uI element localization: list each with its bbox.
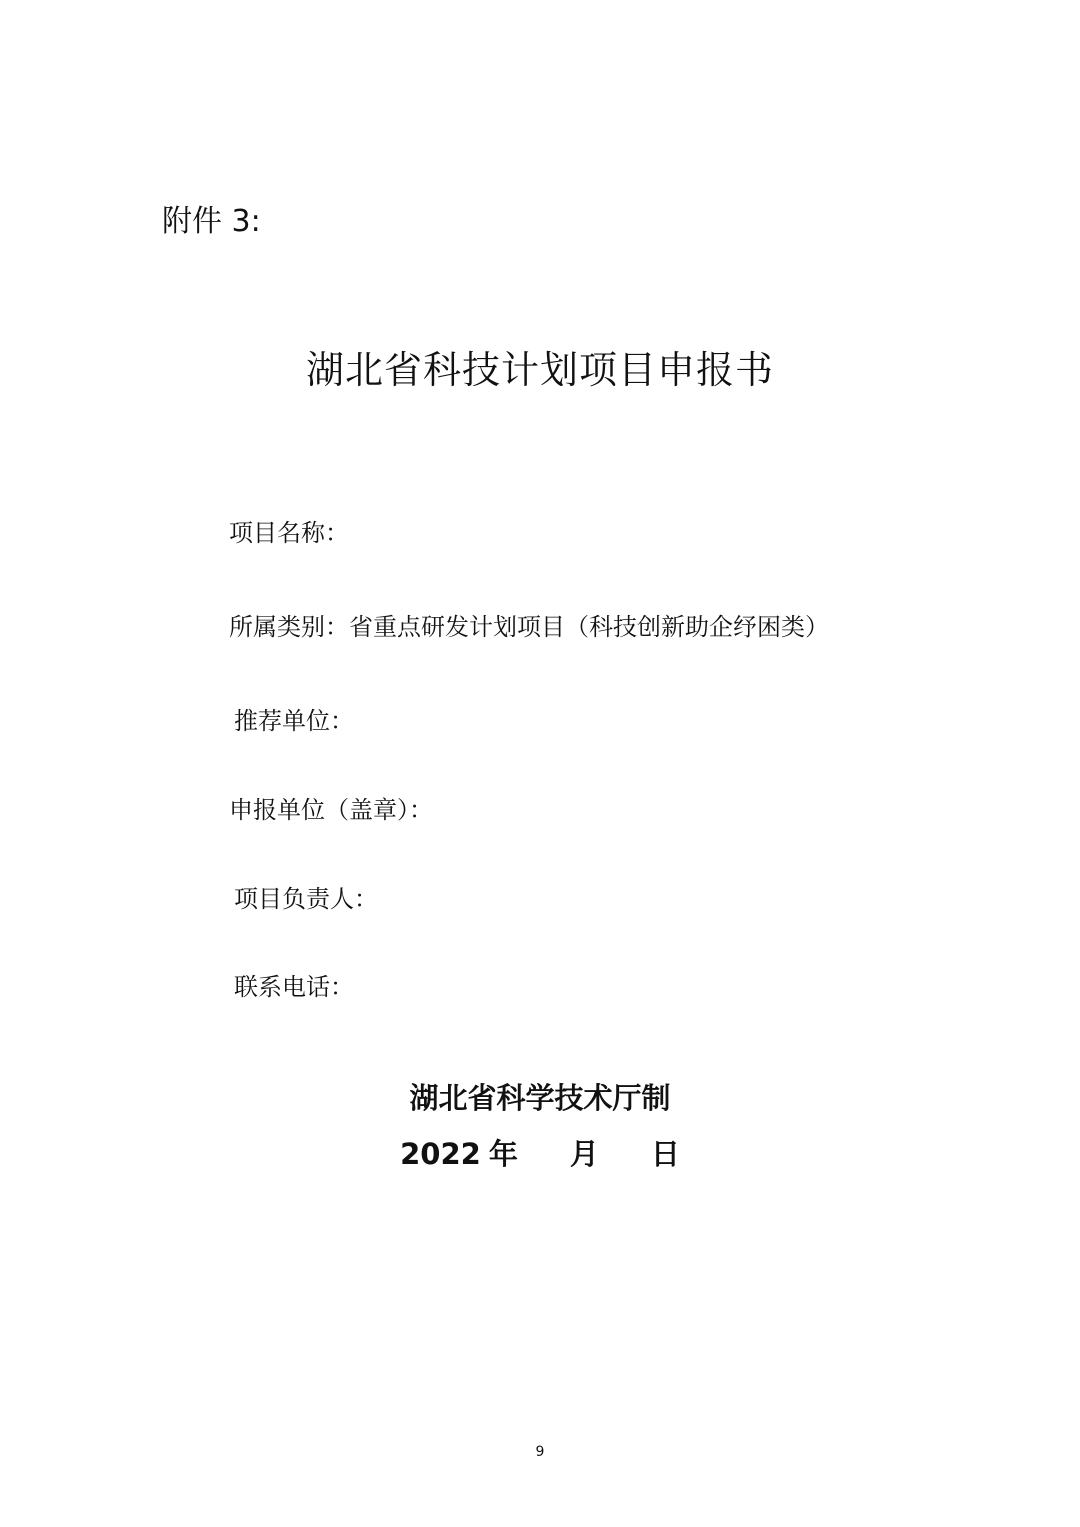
field-project-leader: 项目负责人：	[234, 882, 378, 916]
field-contact-phone: 联系电话：	[234, 970, 354, 1004]
field-project-name: 项目名称：	[229, 516, 349, 550]
date-year-unit: 年	[489, 1134, 518, 1174]
date-month-unit: 月	[570, 1134, 599, 1174]
field-value: 省重点研发计划项目（科技创新助企纾困类）	[349, 613, 829, 641]
date-year: 2022	[400, 1134, 481, 1174]
date-line: 2022年月日	[0, 1134, 1080, 1174]
field-label: 项目负责人：	[234, 885, 378, 913]
field-label: 所属类别：	[229, 613, 349, 641]
field-label: 项目名称：	[229, 519, 349, 547]
field-recommending-unit: 推荐单位：	[234, 704, 354, 738]
field-category: 所属类别：省重点研发计划项目（科技创新助企纾困类）	[229, 610, 829, 644]
field-applicant-unit: 申报单位（盖章）：	[229, 793, 433, 827]
field-label: 申报单位（盖章）：	[229, 796, 433, 824]
page-number: 9	[0, 1442, 1080, 1462]
document-title: 湖北省科技计划项目申报书	[0, 342, 1080, 398]
date-day-unit: 日	[651, 1134, 680, 1174]
field-label: 推荐单位：	[234, 707, 354, 735]
field-label: 联系电话：	[234, 973, 354, 1001]
attachment-label: 附件 3:	[162, 200, 261, 244]
issuer-line: 湖北省科学技术厅制	[0, 1078, 1080, 1118]
